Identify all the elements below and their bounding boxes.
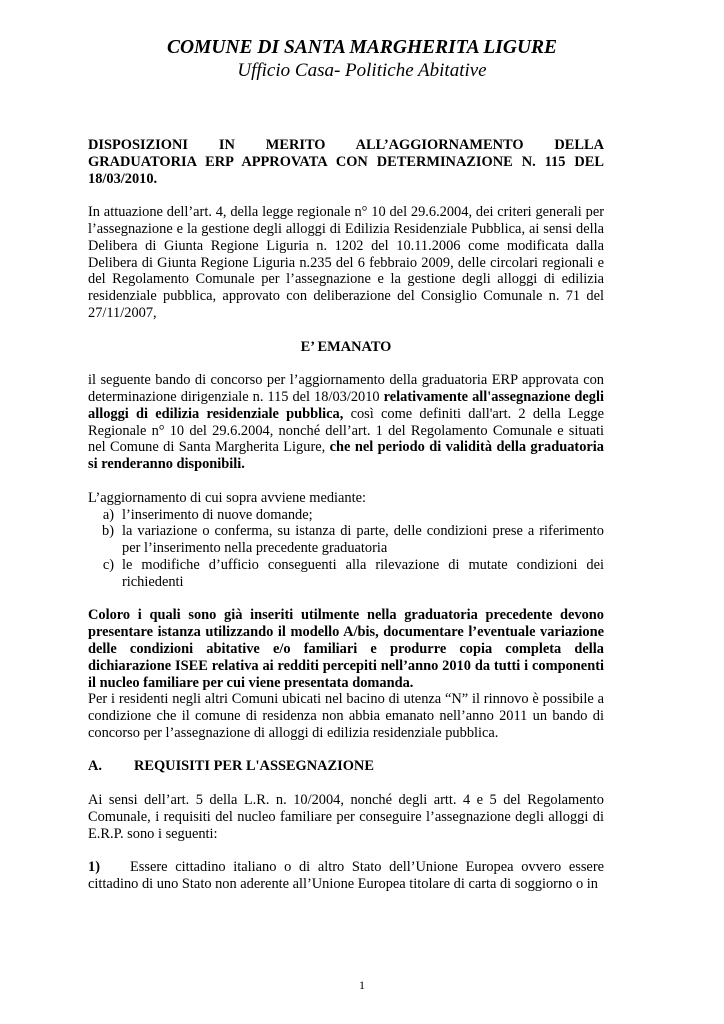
document-body: DISPOSIZIONI IN MERITO ALL’AGGIORNAMENTO…	[88, 137, 604, 893]
aggiornamento-list: a)l’inserimento di nuove domande; b)la v…	[88, 507, 604, 591]
list-item-label: a)	[88, 507, 122, 524]
aggiornamento-intro: L’aggiornamento di cui sopra avviene med…	[88, 490, 604, 507]
list-item: a)l’inserimento di nuove domande;	[88, 507, 604, 524]
coloro-paragraph: Coloro i quali sono già inseriti utilmen…	[88, 607, 604, 691]
requisito-text: Essere cittadino italiano o di altro Sta…	[88, 859, 604, 892]
requisito-1: 1)Essere cittadino italiano o di altro S…	[88, 859, 604, 893]
section-number: A.	[88, 758, 134, 775]
bando-paragraph: il seguente bando di concorso per l’aggi…	[88, 372, 604, 473]
requisito-number: 1)	[88, 859, 130, 876]
list-item-label: b)	[88, 523, 122, 557]
requisiti-intro: Ai sensi dell’art. 5 della L.R. n. 10/20…	[88, 792, 604, 842]
list-item-text: l’inserimento di nuove domande;	[122, 507, 604, 524]
list-item: b)la variazione o conferma, su istanza d…	[88, 523, 604, 557]
list-item-text: la variazione o conferma, su istanza di …	[122, 523, 604, 557]
emanato-heading: E’ EMANATO	[88, 339, 604, 356]
document-heading: DISPOSIZIONI IN MERITO ALL’AGGIORNAMENTO…	[88, 137, 604, 187]
list-item: c)le modifiche d’ufficio conseguenti all…	[88, 557, 604, 591]
list-item-text: le modifiche d’ufficio conseguenti alla …	[122, 557, 604, 591]
document-header: COMUNE DI SANTA MARGHERITA LIGURE Uffici…	[0, 36, 724, 82]
office-subtitle: Ufficio Casa- Politiche Abitative	[0, 59, 724, 82]
intro-paragraph: In attuazione dell’art. 4, della legge r…	[88, 204, 604, 322]
section-title: REQUISITI PER L'ASSEGNAZIONE	[134, 758, 374, 775]
page-number: 1	[0, 978, 724, 993]
list-item-label: c)	[88, 557, 122, 591]
residenti-paragraph: Per i residenti negli altri Comuni ubica…	[88, 691, 604, 741]
section-a-heading: A. REQUISITI PER L'ASSEGNAZIONE	[88, 758, 604, 775]
municipality-title: COMUNE DI SANTA MARGHERITA LIGURE	[0, 36, 724, 59]
